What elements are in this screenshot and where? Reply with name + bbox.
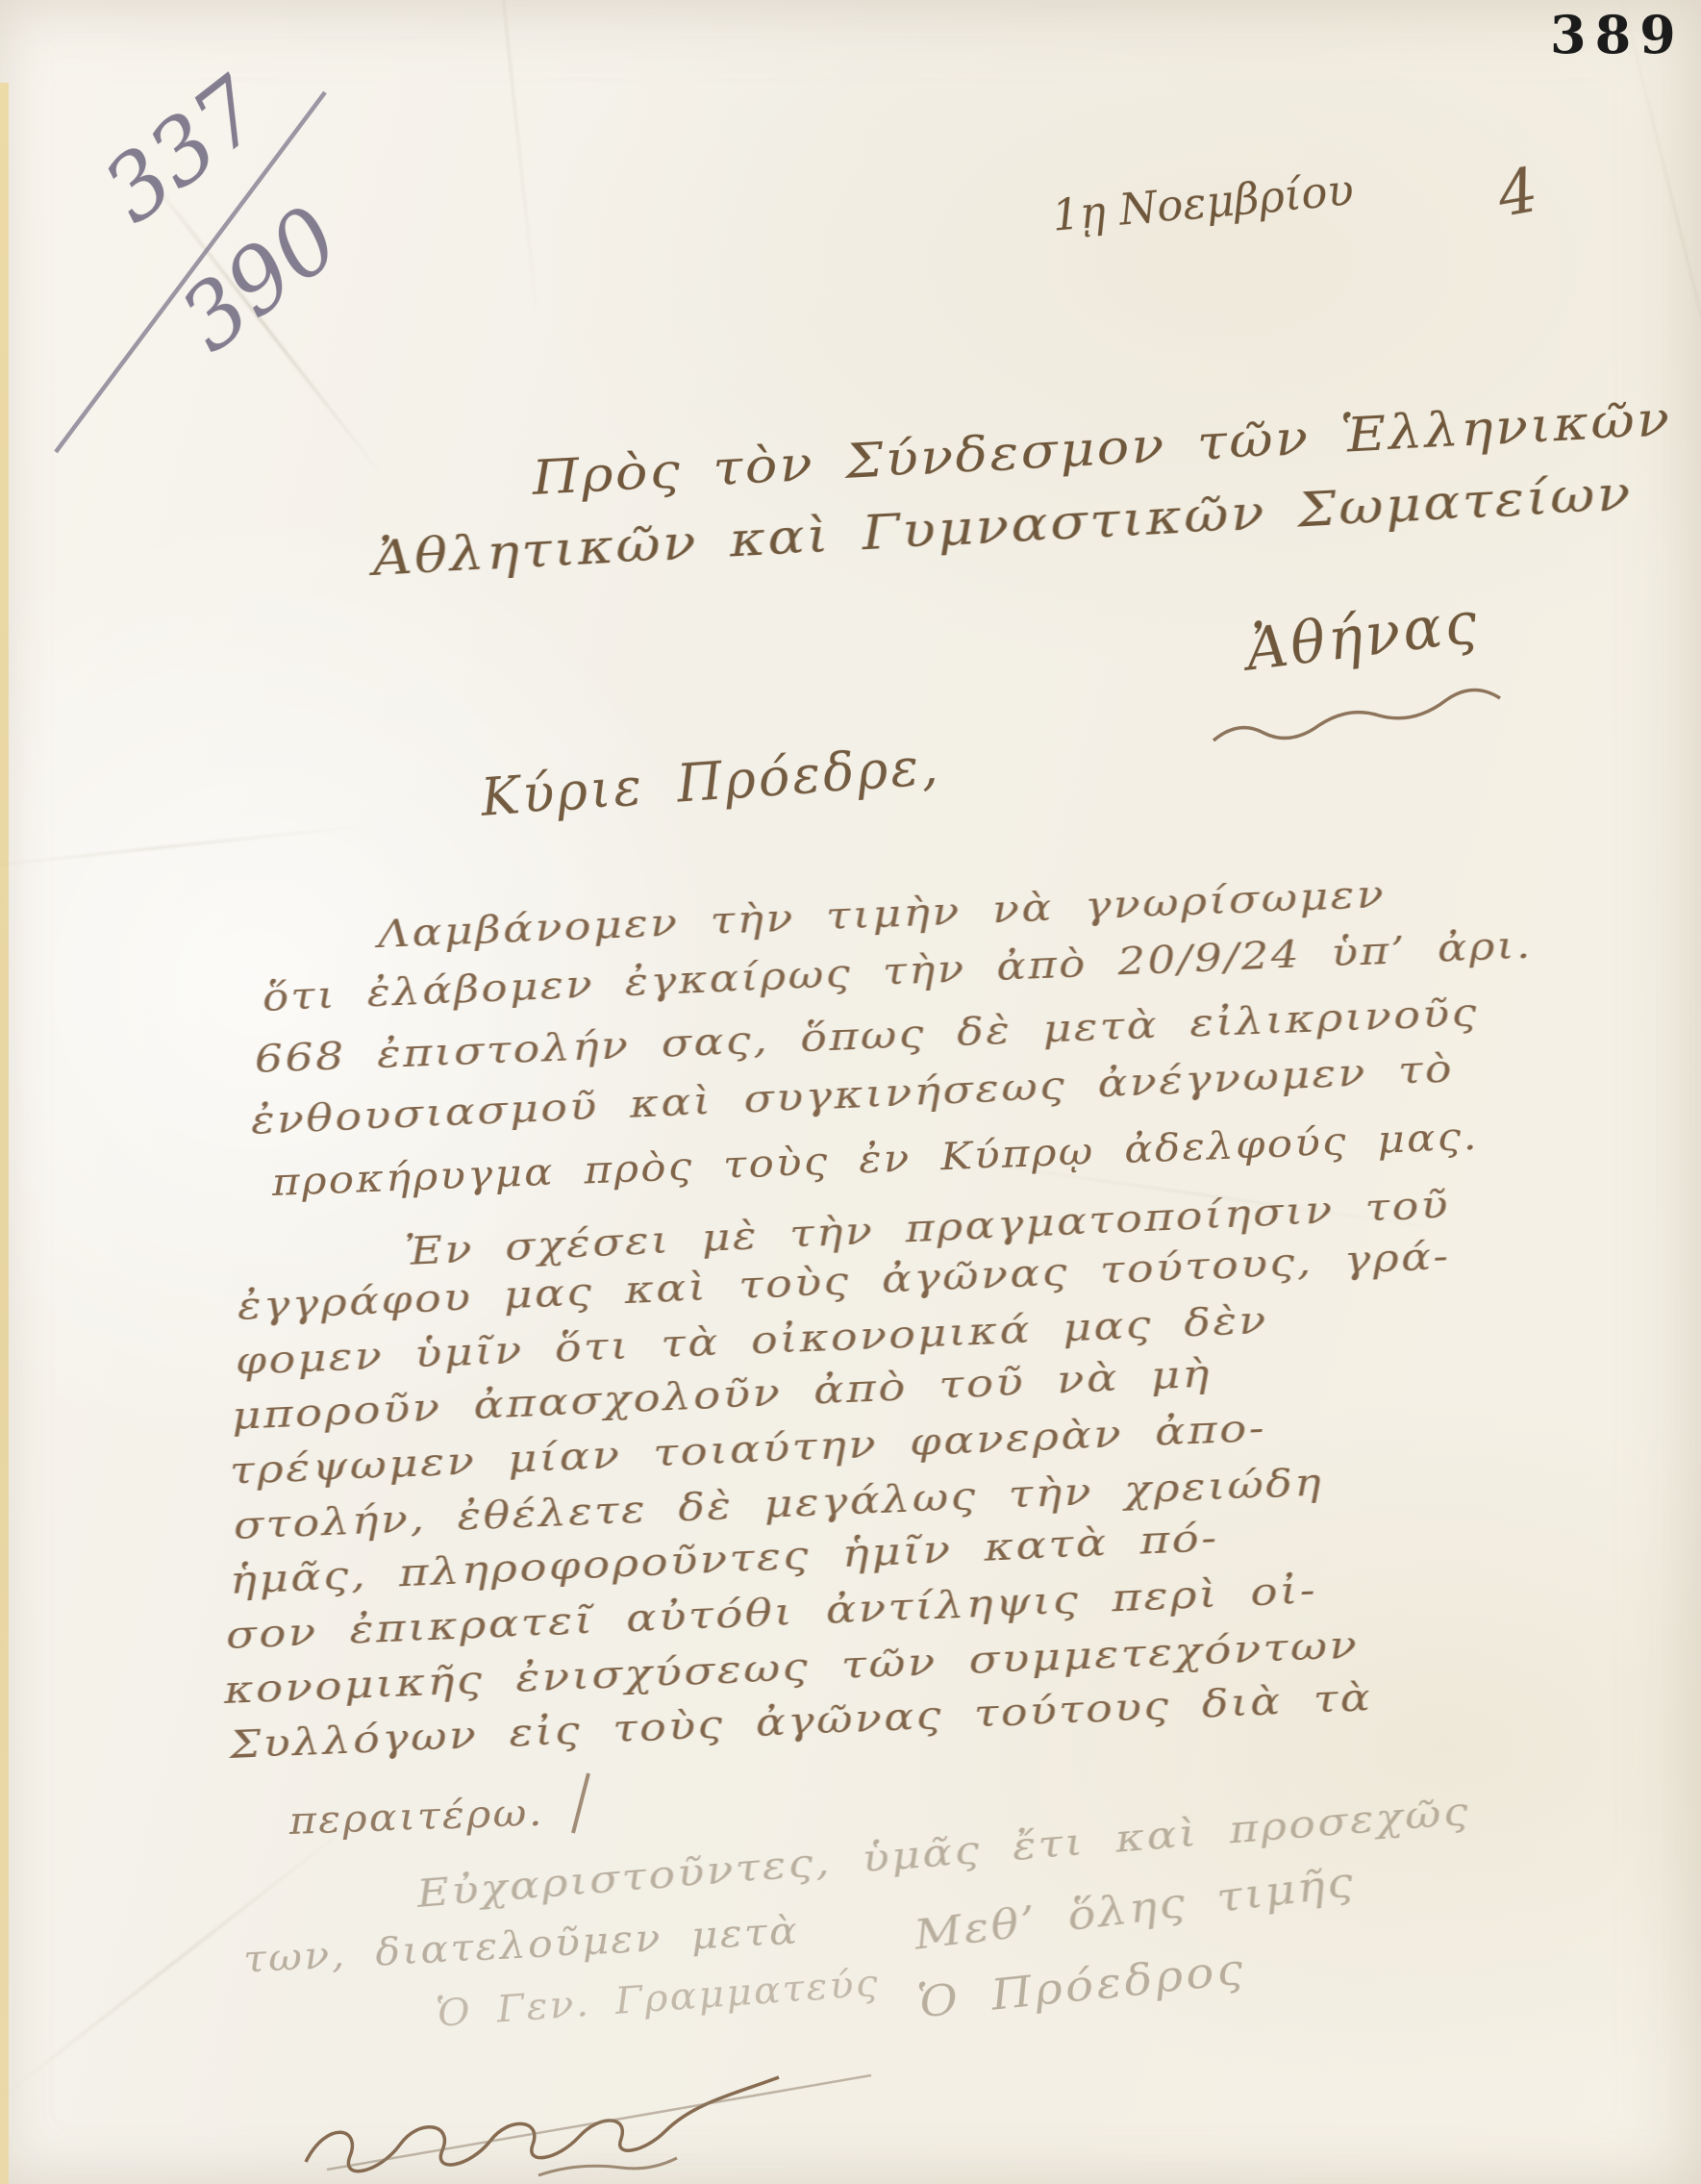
body-last-line: περαιτέρω. [288, 1792, 544, 1844]
scanned-letter-page: 389 337 390 1ῃ Νοεμβρίου 4 Πρὸς τὸν Σύνδ… [0, 0, 1701, 2184]
paper-left-edge [0, 83, 9, 2184]
archive-page-number: 389 [1550, 4, 1685, 65]
